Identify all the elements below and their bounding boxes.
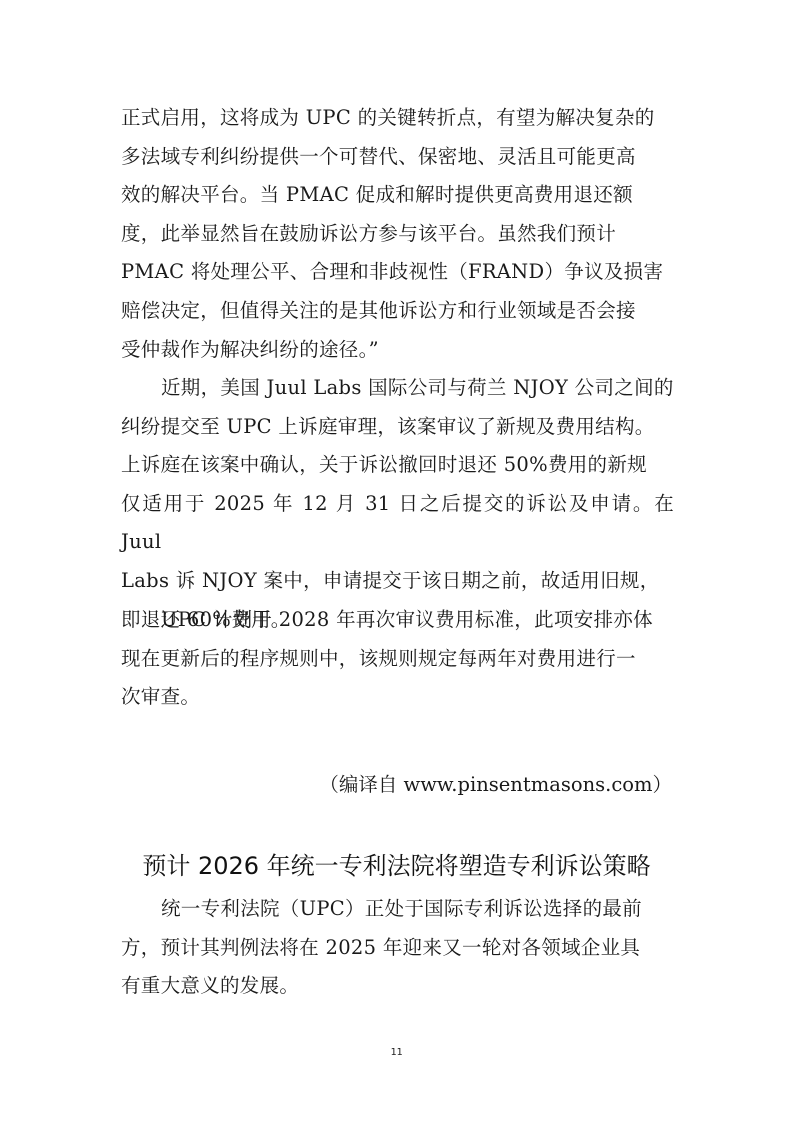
paragraph-line: PMAC 将处理公平、合理和非歧视性（FRAND）争议及损害 (121, 253, 674, 292)
source-attribution: （编译自 www.pinsentmasons.com） (319, 766, 672, 804)
paragraph-line: 正式启用，这将成为 UPC 的关键转折点，有望为解决复杂的 (121, 99, 674, 138)
paragraph-line: 方，预计其判例法将在 2025 年迎来又一轮对各领域企业具 (121, 929, 674, 968)
paragraph-line: 仅适用于 2025 年 12 月 31 日之后提交的诉讼及申请。在 Juul (121, 485, 674, 562)
paragraph-line: UPC 计划于 2028 年再次审议费用标准，此项安排亦体 (121, 601, 674, 640)
paragraph-line: 次审查。 (121, 678, 674, 717)
paragraph-line: 效的解决平台。当 PMAC 促成和解时提供更高费用退还额 (121, 176, 674, 215)
fee-review-paragraph: UPC 计划于 2028 年再次审议费用标准，此项安排亦体 现在更新后的程序规则… (121, 601, 674, 717)
paragraph-line: 有重大意义的发展。 (121, 967, 674, 1006)
upc-intro-paragraph: 统一专利法院（UPC）正处于国际专利诉讼选择的最前 方，预计其判例法将在 202… (121, 890, 674, 1006)
paragraph-line: 近期，美国 Juul Labs 国际公司与荷兰 NJOY 公司之间的 (121, 369, 674, 408)
section-heading: 预计 2026 年统一专利法院将塑造专利诉讼策略 (0, 846, 793, 886)
page-number: 11 (0, 1047, 793, 1058)
paragraph-line: 多法域专利纠纷提供一个可替代、保密地、灵活且可能更高 (121, 138, 674, 177)
paragraph-line: 赔偿决定，但值得关注的是其他诉讼方和行业领域是否会接 (121, 292, 674, 331)
paragraph-line: 现在更新后的程序规则中，该规则规定每两年对费用进行一 (121, 640, 674, 679)
juul-labs-paragraph: 近期，美国 Juul Labs 国际公司与荷兰 NJOY 公司之间的 纠纷提交至… (121, 369, 674, 639)
document-page: 正式启用，这将成为 UPC 的关键转折点，有望为解决复杂的 多法域专利纠纷提供一… (0, 0, 793, 1122)
paragraph-line: 纠纷提交至 UPC 上诉庭审理，该案审议了新规及费用结构。 (121, 408, 674, 447)
paragraph-line: 度，此举显然旨在鼓励诉讼方参与该平台。虽然我们预计 (121, 215, 674, 254)
paragraph-line: 统一专利法院（UPC）正处于国际专利诉讼选择的最前 (121, 890, 674, 929)
paragraph-line: 上诉庭在该案中确认，关于诉讼撤回时退还 50%费用的新规 (121, 446, 674, 485)
paragraph-line: 受仲裁作为解决纠纷的途径。” (121, 331, 674, 370)
paragraph-line: Labs 诉 NJOY 案中，申请提交于该日期之前，故适用旧规， (121, 562, 674, 601)
continuation-paragraph: 正式启用，这将成为 UPC 的关键转折点，有望为解决复杂的 多法域专利纠纷提供一… (121, 99, 674, 369)
